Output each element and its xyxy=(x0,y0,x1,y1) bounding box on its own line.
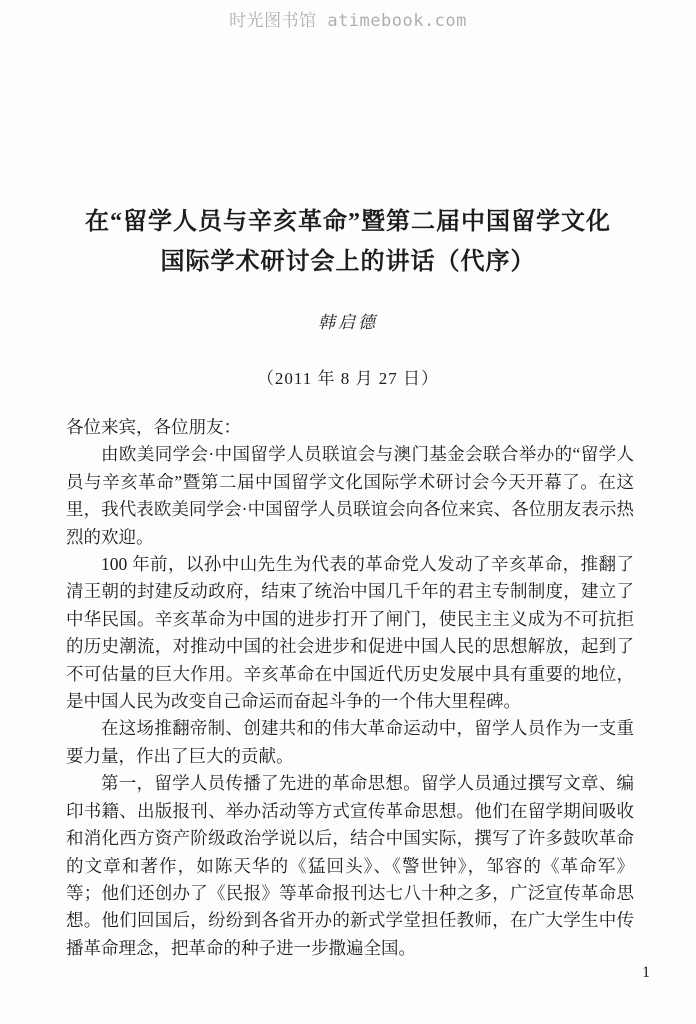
body-text: 各位来宾，各位朋友： 由欧美同学会·中国留学人员联谊会与澳门基金会联合举办的“留… xyxy=(66,414,634,962)
library-watermark: 时光图书馆 atimebook.com xyxy=(0,6,696,31)
title-line-2: 国际学术研讨会上的讲话（代序） xyxy=(0,242,696,282)
paragraph: 由欧美同学会·中国留学人员联谊会与澳门基金会联合举办的“留学人员与辛亥革命”暨第… xyxy=(66,441,634,551)
paragraph: 第一，留学人员传播了先进的革命思想。留学人员通过撰写文章、编印书籍、出版报刊、举… xyxy=(66,770,634,962)
author-name: 韩启德 xyxy=(0,308,696,333)
page-number: 1 xyxy=(642,964,650,982)
title-line-1: 在“留学人员与辛亥革命”暨第二届中国留学文化 xyxy=(0,202,696,242)
paragraph: 100 年前，以孙中山先生为代表的革命党人发动了辛亥革命，推翻了清王朝的封建反动… xyxy=(66,551,634,715)
speech-date: （2011 年 8 月 27 日） xyxy=(0,364,696,389)
page-title: 在“留学人员与辛亥革命”暨第二届中国留学文化 国际学术研讨会上的讲话（代序） xyxy=(0,0,696,282)
scanned-book-page: 时光图书馆 atimebook.com 在“留学人员与辛亥革命”暨第二届中国留学… xyxy=(0,0,696,1024)
paragraph: 在这场推翻帝制、创建共和的伟大革命运动中，留学人员作为一支重要力量，作出了巨大的… xyxy=(66,715,634,770)
paragraph-salutation: 各位来宾，各位朋友： xyxy=(66,414,634,441)
